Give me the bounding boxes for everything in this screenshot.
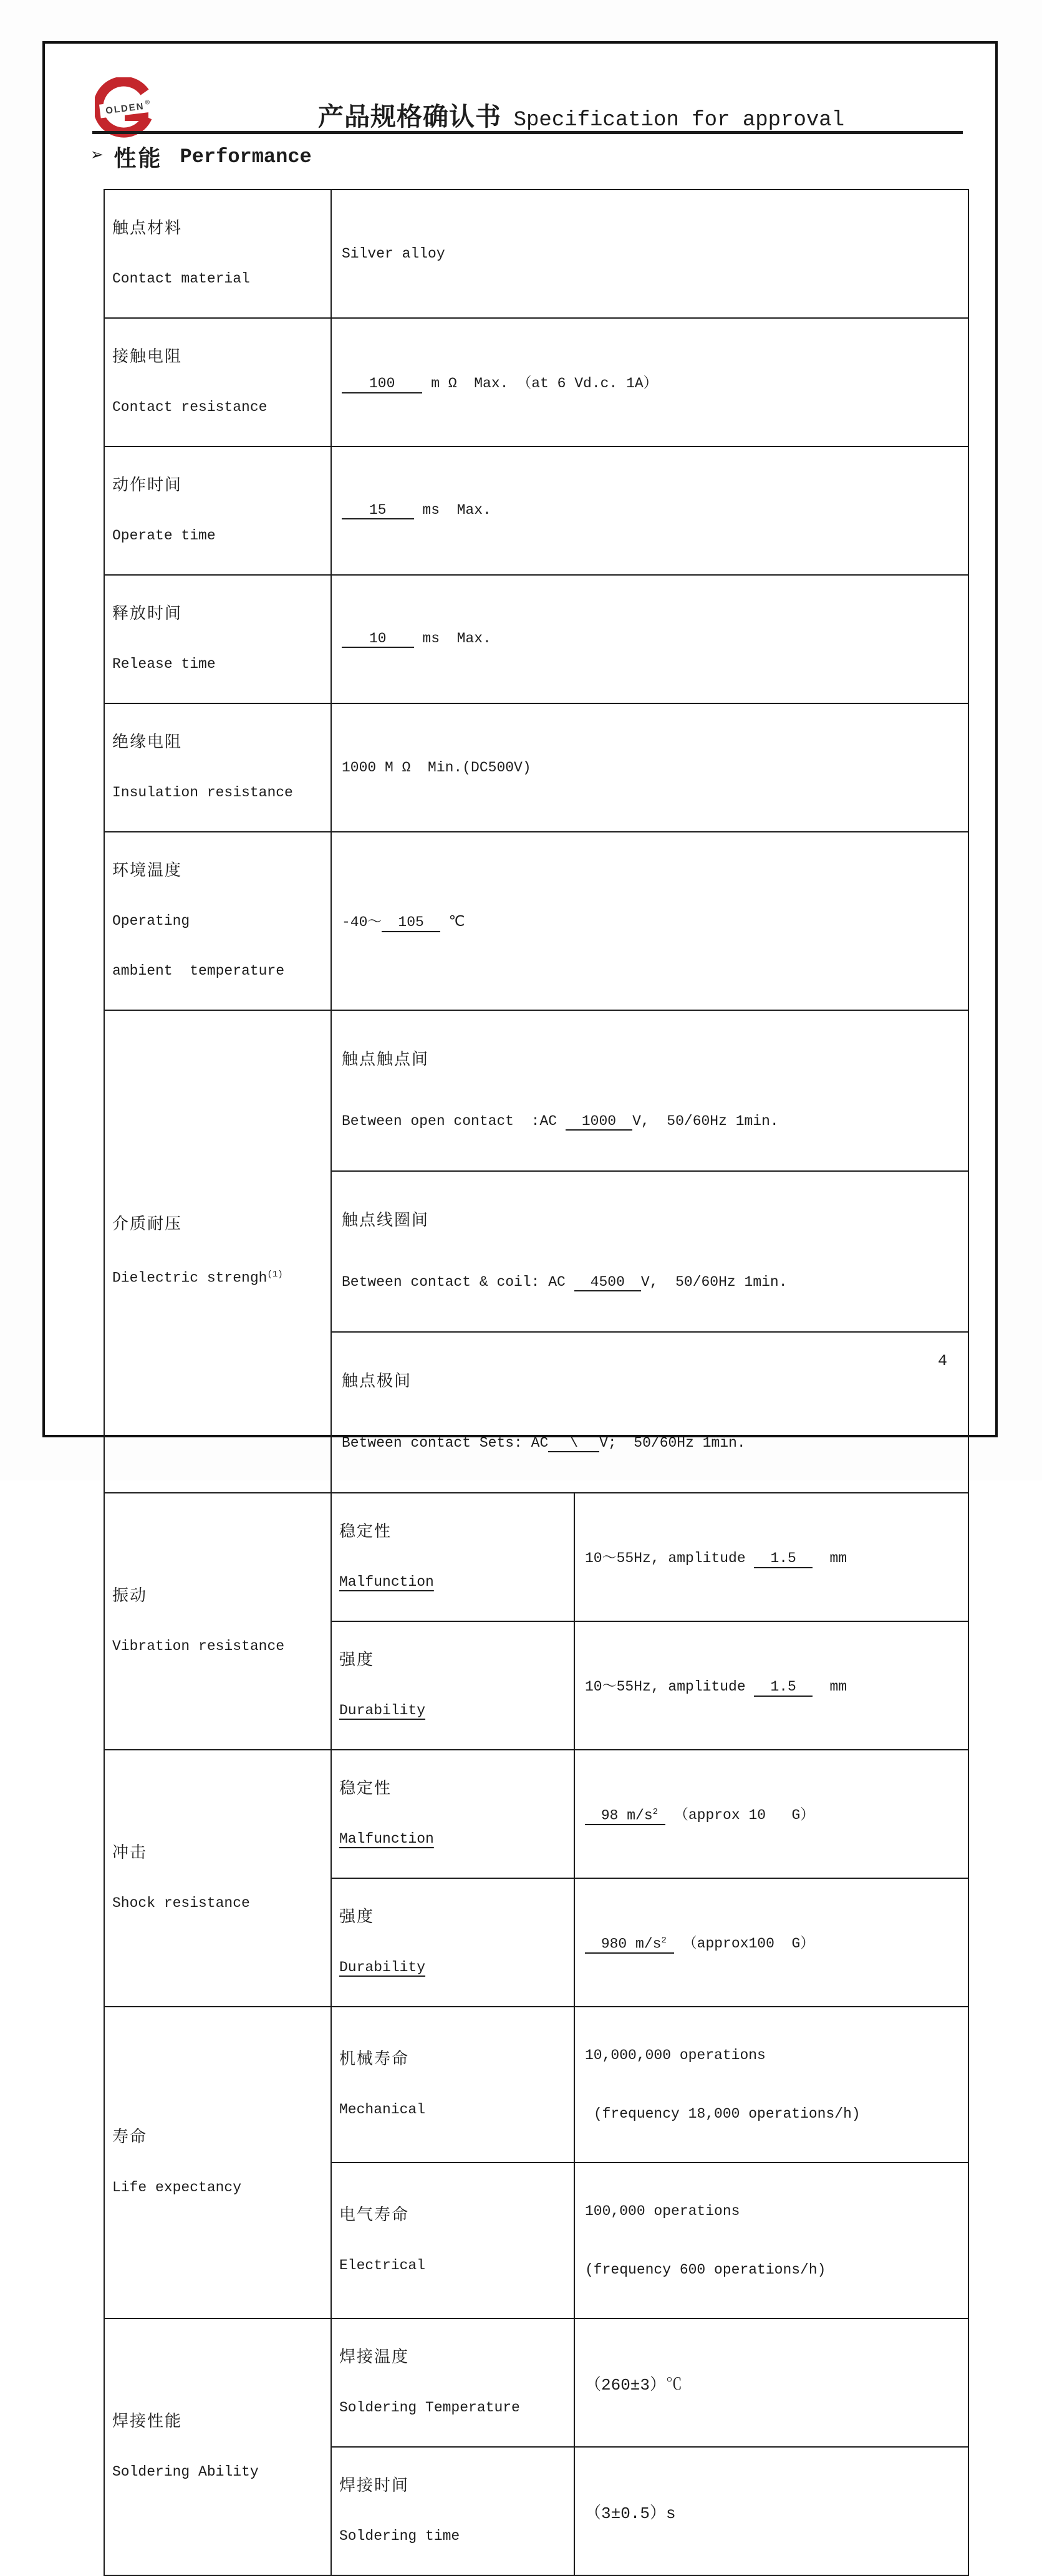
value-life-mechanical: 10,000,000 operations (frequency 18,000 … <box>574 2007 968 2163</box>
value-insulation-resistance: 1000 M Ω Min.(DC500V) <box>331 703 968 832</box>
page-number: 4 <box>938 1352 947 1370</box>
sublabel-soldering-temperature: 焊接温度 Soldering Temperature <box>331 2318 574 2447</box>
row-label-ambient-temperature: 环境温度 Operating ambient temperature <box>104 832 331 1010</box>
value-dielectric-contact-sets: 触点极间 Between contact Sets: AC\V; 50/60Hz… <box>331 1332 968 1493</box>
row-label-vibration: 振动 Vibration resistance <box>104 1493 331 1750</box>
value-contact-material: Silver alloy <box>331 190 968 318</box>
page-border-frame: OLDEN® 产品规格确认书 Specification for approva… <box>42 41 998 1437</box>
table-row: 寿命 Life expectancy 机械寿命 Mechanical 10,00… <box>104 2007 968 2163</box>
value-shock-malfunction: 98 m/s2 （approx 10 G） <box>574 1750 968 1878</box>
golden-logo: OLDEN® <box>95 77 157 140</box>
row-label-contact-resistance: 接触电阻 Contact resistance <box>104 318 331 446</box>
value-dielectric-open-contact: 触点触点间 Between open contact :AC 1000V, 50… <box>331 1010 968 1171</box>
sublabel-shock-durability: 强度 Durability <box>331 1878 574 2007</box>
value-shock-durability: 980 m/s2 （approx100 G） <box>574 1878 968 2007</box>
title-english: Specification for approval <box>514 109 845 132</box>
performance-table: 触点材料 Contact material Silver alloy 接触电阻 … <box>104 189 969 2576</box>
section-heading-chinese: 性能 <box>113 141 162 173</box>
sublabel-life-mechanical: 机械寿命 Mechanical <box>331 2007 574 2163</box>
row-label-contact-material: 触点材料 Contact material <box>104 190 331 318</box>
document-title: 产品规格确认书 Specification for approval <box>318 96 844 133</box>
table-row: 振动 Vibration resistance 稳定性 Malfunction … <box>104 1493 968 1621</box>
value-vibration-malfunction: 10～55Hz, amplitude 1.5 mm <box>574 1493 968 1621</box>
row-label-life-expectancy: 寿命 Life expectancy <box>104 2007 331 2318</box>
row-label-release-time: 释放时间 Release time <box>104 575 331 703</box>
value-contact-resistance: 100 m Ω Max. （at 6 Vd.c. 1A） <box>331 318 968 446</box>
value-life-electrical: 100,000 operations (frequency 600 operat… <box>574 2163 968 2318</box>
table-row: 释放时间 Release time 10 ms Max. <box>104 575 968 703</box>
registered-mark-icon: ® <box>145 99 152 106</box>
table-row: 介质耐压 Dielectric strengh(1) 触点触点间 Between… <box>104 1010 968 1171</box>
value-dielectric-contact-coil: 触点线圈间 Between contact & coil: AC 4500V, … <box>331 1171 968 1332</box>
table-row: 绝缘电阻 Insulation resistance 1000 M Ω Min.… <box>104 703 968 832</box>
row-label-soldering-ability: 焊接性能 Soldering Ability <box>104 2318 331 2575</box>
title-chinese: 产品规格确认书 <box>318 105 501 133</box>
footnote-marker: (1) <box>267 1270 282 1280</box>
arrow-bullet-icon: ➢ <box>91 147 104 168</box>
value-vibration-durability: 10～55Hz, amplitude 1.5 mm <box>574 1621 968 1750</box>
sublabel-vibration-durability: 强度 Durability <box>331 1621 574 1750</box>
sublabel-life-electrical: 电气寿命 Electrical <box>331 2163 574 2318</box>
sublabel-vibration-malfunction: 稳定性 Malfunction <box>331 1493 574 1621</box>
value-release-time: 10 ms Max. <box>331 575 968 703</box>
header-rule <box>92 131 963 134</box>
row-label-operate-time: 动作时间 Operate time <box>104 446 331 575</box>
sublabel-soldering-time: 焊接时间 Soldering time <box>331 2447 574 2575</box>
document-page: OLDEN® 产品规格确认书 Specification for approva… <box>0 0 1042 1480</box>
table-row: 环境温度 Operating ambient temperature -40～1… <box>104 832 968 1010</box>
section-heading-english: Performance <box>180 145 312 168</box>
row-label-shock: 冲击 Shock resistance <box>104 1750 331 2007</box>
table-row: 接触电阻 Contact resistance 100 m Ω Max. （at… <box>104 318 968 446</box>
table-row: 触点材料 Contact material Silver alloy <box>104 190 968 318</box>
value-soldering-time: （3±0.5）s <box>574 2447 968 2575</box>
row-label-dielectric-strength: 介质耐压 Dielectric strengh(1) <box>104 1010 331 1493</box>
row-label-insulation-resistance: 绝缘电阻 Insulation resistance <box>104 703 331 832</box>
value-ambient-temperature: -40～105 ℃ <box>331 832 968 1010</box>
table-row: 冲击 Shock resistance 稳定性 Malfunction 98 m… <box>104 1750 968 1878</box>
sublabel-shock-malfunction: 稳定性 Malfunction <box>331 1750 574 1878</box>
value-soldering-temperature: （260±3）℃ <box>574 2318 968 2447</box>
table-row: 动作时间 Operate time 15 ms Max. <box>104 446 968 575</box>
table-row: 焊接性能 Soldering Ability 焊接温度 Soldering Te… <box>104 2318 968 2447</box>
value-operate-time: 15 ms Max. <box>331 446 968 575</box>
section-heading: ➢ 性能 Performance <box>91 141 312 173</box>
